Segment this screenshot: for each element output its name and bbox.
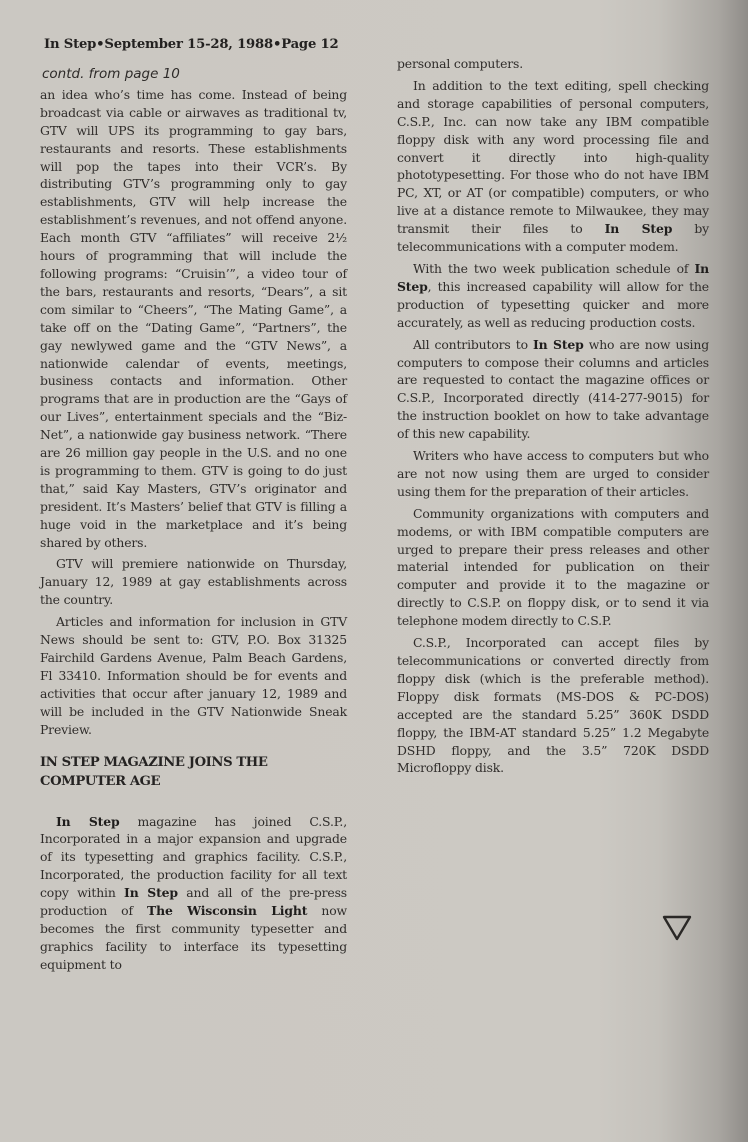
csp-paragraph-2: With the two week publication schedule o…: [397, 260, 709, 332]
paragraph-text: , this increased capability will allow f…: [397, 279, 709, 330]
continued-from-label: contd. from page 10: [40, 66, 347, 84]
csp-paragraph-3: All contributors to In Step who are now …: [397, 336, 709, 443]
gtv-paragraph-3: Articles and information for inclusion i…: [40, 613, 347, 738]
right-column: personal computers. In addition to the t…: [397, 55, 709, 781]
newspaper-page: In Step•September 15-28, 1988•Page 12 co…: [0, 0, 748, 1142]
continuation-line: personal computers.: [397, 55, 709, 73]
article-intro-paragraph: In Step magazine has joined C.S.P., Inco…: [40, 813, 347, 974]
running-head: In Step•September 15-28, 1988•Page 12: [44, 37, 338, 52]
paragraph-text: In addition to the text editing, spell c…: [397, 78, 709, 236]
bold-publication-name: In Step: [56, 814, 119, 829]
bold-publication-name: In Step: [124, 885, 178, 900]
csp-paragraph-6: C.S.P., Incorporated can accept files by…: [397, 634, 709, 777]
csp-paragraph-4: Writers who have access to computers but…: [397, 447, 709, 501]
down-triangle-end-mark-icon: [662, 914, 692, 942]
left-column: contd. from page 10 an idea who’s time h…: [40, 66, 347, 978]
gtv-paragraph-2: GTV will premiere nationwide on Thursday…: [40, 555, 347, 609]
paragraph-text: All contributors to: [413, 337, 533, 352]
gtv-paragraph-1: an idea who’s time has come. Instead of …: [40, 86, 347, 552]
paragraph-text: With the two week publication schedule o…: [413, 261, 694, 276]
csp-paragraph-5: Community organizations with computers a…: [397, 505, 709, 630]
bold-publication-name: The Wisconsin Light: [147, 903, 307, 918]
bold-publication-name: In Step: [533, 337, 584, 352]
csp-paragraph-1: In addition to the text editing, spell c…: [397, 77, 709, 256]
bold-publication-name: In Step: [605, 221, 673, 236]
paragraph-text: who are now using computers to compose t…: [397, 337, 709, 442]
article-headline: IN STEP MAGAZINE JOINS THE COMPUTER AGE: [40, 753, 347, 791]
